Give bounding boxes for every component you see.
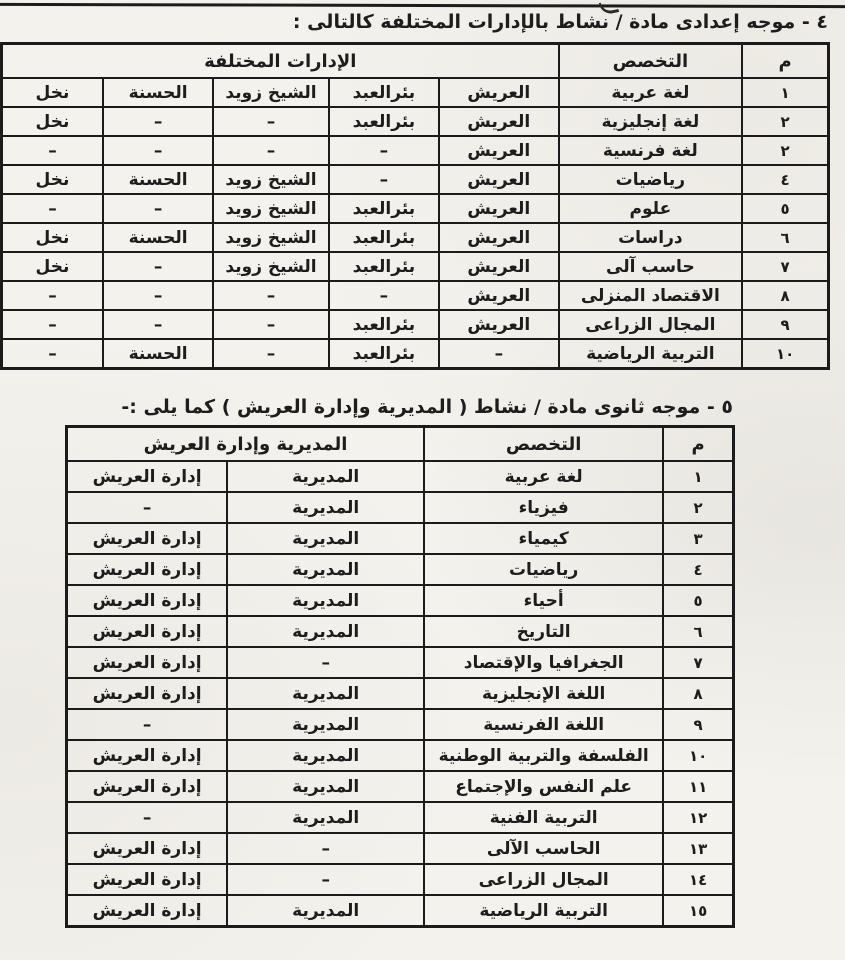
assignment-cell: – <box>329 165 439 194</box>
row-number-cell: ١٠ <box>742 339 828 369</box>
row-number-cell: ٥ <box>742 194 828 223</box>
assignment-cell: – <box>103 310 213 339</box>
assignment-cell: – <box>329 136 439 165</box>
specialization-cell: التربية الرياضية <box>424 895 663 927</box>
table-body: ١لغة عربيةالمديريةإدارة العريش٢فيزياءالم… <box>67 461 734 927</box>
assignment-cell: – <box>2 339 103 369</box>
assignment-cell: الحسنة <box>103 339 213 369</box>
assignment-cell: الشيخ زويد <box>213 165 328 194</box>
assignment-cell: الحسنة <box>103 165 213 194</box>
assignment-cell: الشيخ زويد <box>213 78 328 107</box>
row-number-cell: ٢ <box>742 107 828 136</box>
table-row: ٨اللغة الإنجليزيةالمديريةإدارة العريش <box>67 678 734 709</box>
assignment-cell: المديرية <box>227 616 424 647</box>
assignment-cell: – <box>227 864 424 895</box>
table-row: ٤رياضياتالمديريةإدارة العريش <box>67 554 734 585</box>
assignment-cell: الحسنة <box>103 78 213 107</box>
assignment-cell: إدارة العريش <box>67 771 228 802</box>
assignment-cell: – <box>213 339 328 369</box>
row-number-cell: ٧ <box>742 252 828 281</box>
table-row: ١لغة عربيةالعريشبئرالعبدالشيخ زويدالحسنة… <box>2 78 829 107</box>
assignment-cell: بئرالعبد <box>329 107 439 136</box>
column-header-num: م <box>742 44 828 79</box>
specialization-cell: أحياء <box>424 585 663 616</box>
table-row: ١٣الحاسب الآلى–إدارة العريش <box>67 833 734 864</box>
assignment-cell: – <box>213 281 328 310</box>
assignment-cell: إدارة العريش <box>67 895 228 927</box>
assignment-cell: – <box>67 709 228 740</box>
specialization-cell: المجال الزراعى <box>424 864 663 895</box>
specialization-cell: التربية الفنية <box>424 802 663 833</box>
specialization-cell: الجغرافيا والإقتصاد <box>424 647 663 678</box>
assignment-cell: بئرالعبد <box>329 310 439 339</box>
assignment-cell: – <box>213 107 328 136</box>
column-header-num: م <box>663 427 733 462</box>
row-number-cell: ٢ <box>663 492 733 523</box>
assignment-cell: نخل <box>2 78 103 107</box>
table-row: ٢لغة فرنسيةالعريش–––– <box>2 136 829 165</box>
section4-title: ٤ - موجه إعدادى مادة / نشاط بالإدارات ال… <box>293 11 828 33</box>
assignment-cell: – <box>227 833 424 864</box>
table-body: ١لغة عربيةالعريشبئرالعبدالشيخ زويدالحسنة… <box>2 78 829 369</box>
assignment-cell: العريش <box>439 223 558 252</box>
row-number-cell: ١ <box>742 78 828 107</box>
assignment-cell: – <box>329 281 439 310</box>
assignment-cell: إدارة العريش <box>67 833 228 864</box>
table-row: ٥أحياءالمديريةإدارة العريش <box>67 585 734 616</box>
row-number-cell: ٨ <box>742 281 828 310</box>
column-header-directorate-group: المديرية وإدارة العريش <box>67 427 425 462</box>
specialization-cell: دراسات <box>559 223 743 252</box>
row-number-cell: ١١ <box>663 771 733 802</box>
assignment-cell: إدارة العريش <box>67 740 228 771</box>
specialization-cell: لغة عربية <box>559 78 743 107</box>
specialization-cell: فيزياء <box>424 492 663 523</box>
table-row: ٦دراساتالعريشبئرالعبدالشيخ زويدالحسنةنخل <box>2 223 829 252</box>
assignment-cell: المديرية <box>227 492 424 523</box>
assignment-cell: المديرية <box>227 554 424 585</box>
column-header-specialization: التخصص <box>559 44 743 79</box>
assignment-cell: – <box>67 492 228 523</box>
table-row: ٥علومالعريشبئرالعبدالشيخ زويد–– <box>2 194 829 223</box>
assignment-cell: إدارة العريش <box>67 461 228 492</box>
assignment-cell: – <box>103 281 213 310</box>
assignment-cell: الشيخ زويد <box>213 194 328 223</box>
row-number-cell: ٦ <box>663 616 733 647</box>
row-number-cell: ١٢ <box>663 802 733 833</box>
preparatory-supervisors-table: م التخصص الإدارات المختلفة ١لغة عربيةالع… <box>0 42 830 370</box>
row-number-cell: ٧ <box>663 647 733 678</box>
specialization-cell: رياضيات <box>559 165 743 194</box>
assignment-cell: بئرالعبد <box>329 78 439 107</box>
assignment-cell: – <box>2 136 103 165</box>
specialization-cell: رياضيات <box>424 554 663 585</box>
table-header: م التخصص المديرية وإدارة العريش <box>67 427 734 462</box>
row-number-cell: ١٣ <box>663 833 733 864</box>
header-row: م التخصص المديرية وإدارة العريش <box>67 427 734 462</box>
assignment-cell: – <box>103 107 213 136</box>
assignment-cell: – <box>103 252 213 281</box>
assignment-cell: إدارة العريش <box>67 616 228 647</box>
row-number-cell: ٤ <box>663 554 733 585</box>
assignment-cell: – <box>103 194 213 223</box>
table-row: ٨الاقتصاد المنزلىالعريش–––– <box>2 281 829 310</box>
table-row: ٤رياضياتالعريش–الشيخ زويدالحسنةنخل <box>2 165 829 194</box>
assignment-cell: نخل <box>2 223 103 252</box>
assignment-cell: بئرالعبد <box>329 252 439 281</box>
specialization-cell: حاسب آلى <box>559 252 743 281</box>
specialization-cell: اللغة الفرنسية <box>424 709 663 740</box>
assignment-cell: نخل <box>2 252 103 281</box>
assignment-cell: العريش <box>439 107 558 136</box>
row-number-cell: ١٤ <box>663 864 733 895</box>
assignment-cell: – <box>2 281 103 310</box>
section5-title: ٥ - موجه ثانوى مادة / نشاط ( المديرية وإ… <box>121 396 733 418</box>
assignment-cell: إدارة العريش <box>67 647 228 678</box>
table-row: ٦التاريخالمديريةإدارة العريش <box>67 616 734 647</box>
assignment-cell: نخل <box>2 107 103 136</box>
table-row: ٩المجال الزراعىالعريشبئرالعبد––– <box>2 310 829 339</box>
assignment-cell: المديرية <box>227 802 424 833</box>
assignment-cell: بئرالعبد <box>329 194 439 223</box>
specialization-cell: الحاسب الآلى <box>424 833 663 864</box>
table-row: ١٢التربية الفنيةالمديرية– <box>67 802 734 833</box>
specialization-cell: التربية الرياضية <box>559 339 743 369</box>
table-row: ٧الجغرافيا والإقتصاد–إدارة العريش <box>67 647 734 678</box>
assignment-cell: إدارة العريش <box>67 864 228 895</box>
specialization-cell: التاريخ <box>424 616 663 647</box>
assignment-cell: العريش <box>439 136 558 165</box>
assignment-cell: – <box>227 647 424 678</box>
table-row: ١٠التربية الرياضية–بئرالعبد–الحسنة– <box>2 339 829 369</box>
row-number-cell: ١٥ <box>663 895 733 927</box>
table-row: ٧حاسب آلىالعريشبئرالعبدالشيخ زويد–نخل <box>2 252 829 281</box>
assignment-cell: إدارة العريش <box>67 554 228 585</box>
assignment-cell: العريش <box>439 194 558 223</box>
assignment-cell: – <box>2 310 103 339</box>
row-number-cell: ٣ <box>663 523 733 554</box>
row-number-cell: ٩ <box>742 310 828 339</box>
table-row: ٩اللغة الفرنسيةالمديرية– <box>67 709 734 740</box>
assignment-cell: – <box>213 136 328 165</box>
assignment-cell: المديرية <box>227 771 424 802</box>
assignment-cell: نخل <box>2 165 103 194</box>
row-number-cell: ٢ <box>742 136 828 165</box>
table-row: ١١علم النفس والإجتماعالمديريةإدارة العري… <box>67 771 734 802</box>
assignment-cell: المديرية <box>227 678 424 709</box>
assignment-cell: العريش <box>439 310 558 339</box>
assignment-cell: إدارة العريش <box>67 678 228 709</box>
assignment-cell: إدارة العريش <box>67 523 228 554</box>
row-number-cell: ٤ <box>742 165 828 194</box>
table-row: ١لغة عربيةالمديريةإدارة العريش <box>67 461 734 492</box>
assignment-cell: المديرية <box>227 585 424 616</box>
secondary-supervisors-table: م التخصص المديرية وإدارة العريش ١لغة عرب… <box>65 425 735 928</box>
assignment-cell: المديرية <box>227 709 424 740</box>
assignment-cell: المديرية <box>227 523 424 554</box>
table-row: ١٤المجال الزراعى–إدارة العريش <box>67 864 734 895</box>
table-row: ١٥التربية الرياضيةالمديريةإدارة العريش <box>67 895 734 927</box>
specialization-cell: الفلسفة والتربية الوطنية <box>424 740 663 771</box>
assignment-cell: – <box>103 136 213 165</box>
assignment-cell: بئرالعبد <box>329 339 439 369</box>
assignment-cell: العريش <box>439 281 558 310</box>
specialization-cell: لغة إنجليزية <box>559 107 743 136</box>
page-top-edge-line <box>0 3 845 8</box>
specialization-cell: الاقتصاد المنزلى <box>559 281 743 310</box>
row-number-cell: ٦ <box>742 223 828 252</box>
assignment-cell: العريش <box>439 165 558 194</box>
specialization-cell: اللغة الإنجليزية <box>424 678 663 709</box>
header-row: م التخصص الإدارات المختلفة <box>2 44 829 79</box>
specialization-cell: المجال الزراعى <box>559 310 743 339</box>
specialization-cell: كيمياء <box>424 523 663 554</box>
row-number-cell: ٩ <box>663 709 733 740</box>
table-row: ١٠الفلسفة والتربية الوطنيةالمديريةإدارة … <box>67 740 734 771</box>
assignment-cell: المديرية <box>227 895 424 927</box>
assignment-cell: الشيخ زويد <box>213 223 328 252</box>
row-number-cell: ٨ <box>663 678 733 709</box>
specialization-cell: علم النفس والإجتماع <box>424 771 663 802</box>
assignment-cell: – <box>213 310 328 339</box>
row-number-cell: ١ <box>663 461 733 492</box>
assignment-cell: – <box>439 339 558 369</box>
assignment-cell: بئرالعبد <box>329 223 439 252</box>
row-number-cell: ٥ <box>663 585 733 616</box>
assignment-cell: المديرية <box>227 740 424 771</box>
table-row: ٢فيزياءالمديرية– <box>67 492 734 523</box>
assignment-cell: المديرية <box>227 461 424 492</box>
assignment-cell: العريش <box>439 78 558 107</box>
table-row: ٣كيمياءالمديريةإدارة العريش <box>67 523 734 554</box>
row-number-cell: ١٠ <box>663 740 733 771</box>
assignment-cell: إدارة العريش <box>67 585 228 616</box>
table-header: م التخصص الإدارات المختلفة <box>2 44 829 79</box>
assignment-cell: الحسنة <box>103 223 213 252</box>
assignment-cell: الشيخ زويد <box>213 252 328 281</box>
assignment-cell: – <box>2 194 103 223</box>
specialization-cell: علوم <box>559 194 743 223</box>
specialization-cell: لغة عربية <box>424 461 663 492</box>
assignment-cell: العريش <box>439 252 558 281</box>
column-header-departments-group: الإدارات المختلفة <box>2 44 559 79</box>
table-row: ٢لغة إنجليزيةالعريشبئرالعبد––نخل <box>2 107 829 136</box>
column-header-specialization: التخصص <box>424 427 663 462</box>
specialization-cell: لغة فرنسية <box>559 136 743 165</box>
assignment-cell: – <box>67 802 228 833</box>
